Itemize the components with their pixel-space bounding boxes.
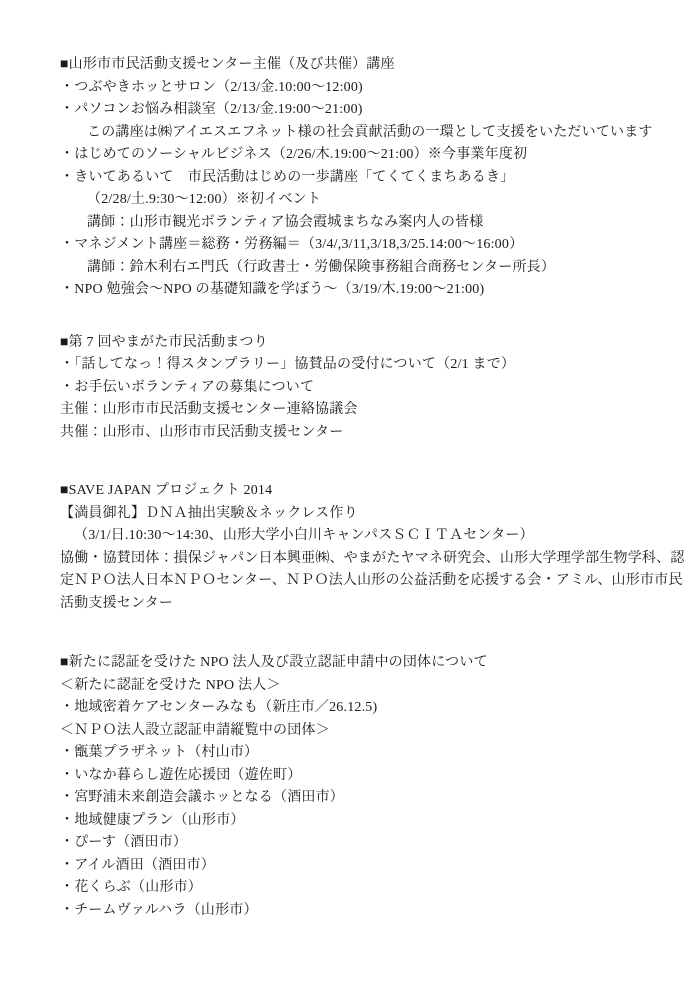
- doc-line: ・宮野浦未来創造会議ホッとなる（酒田市）: [60, 787, 650, 810]
- doc-line: 定ＮＰＯ法人日本ＮＰＯセンター、ＮＰＯ法人山形の公益活動を応援する会・アミル、山…: [60, 570, 650, 593]
- doc-line: 共催：山形市、山形市市民活動支援センター: [60, 422, 650, 445]
- doc-line: 主催：山形市市民活動支援センター連絡協議会: [60, 399, 650, 422]
- doc-line: ・マネジメント講座＝総務・労務編＝（3/4/,3/11,3/18,3/25.14…: [60, 234, 650, 257]
- doc-line: 講師：鈴木利右エ門氏（行政書士・労働保険事務組合商務センター所長）: [87, 257, 650, 280]
- section-heading: ■SAVE JAPAN プロジェクト 2014: [60, 480, 650, 503]
- doc-line: ・「話してなっ！得スタンプラリー」協賛品の受付について（2/1 まで）: [60, 354, 650, 377]
- doc-line: ＜新たに認証を受けた NPO 法人＞: [60, 675, 650, 698]
- doc-line: ・花くらぶ（山形市）: [60, 877, 650, 900]
- doc-line: ＜ＮＰＯ法人設立認証申請縦覧中の団体＞: [60, 720, 650, 743]
- section-save-japan-project: ■SAVE JAPAN プロジェクト 2014 【満員御礼】ＤＮＡ抽出実験＆ネッ…: [60, 480, 650, 615]
- section-heading: ■山形市市民活動支援センター主催（及び共催）講座: [60, 54, 650, 77]
- doc-line: ・チームヴァルハラ（山形市）: [60, 900, 650, 923]
- doc-line: ・はじめてのソーシャルビジネス（2/26/木.19:00～21:00）※今事業年…: [60, 144, 650, 167]
- doc-line: ・NPO 勉強会～NPO の基礎知識を学ぼう～（3/19/木.19:00～21:…: [60, 279, 650, 302]
- doc-line: ・いなか暮らし遊佐応援団（遊佐町）: [60, 765, 650, 788]
- doc-line: 講師：山形市観光ボランティア協会霞城まちなみ案内人の皆様: [87, 212, 650, 235]
- doc-line: この講座は㈱アイエスエフネット様の社会貢献活動の一環として支援をいただいています: [87, 122, 650, 145]
- section-new-npo-corporations: ■新たに認証を受けた NPO 法人及び設立認証申請中の団体について ＜新たに認証…: [60, 652, 650, 922]
- doc-line: ・ぴーす（酒田市）: [60, 832, 650, 855]
- doc-line: ・地域密着ケアセンターみなも（新庄市／26.12.5): [60, 697, 650, 720]
- section-citizen-activity-festival: ■第 7 回やまがた市民活動まつり ・「話してなっ！得スタンプラリー」協賛品の受…: [60, 332, 650, 445]
- doc-line: ・地域健康プラン（山形市）: [60, 810, 650, 833]
- section-center-lectures: ■山形市市民活動支援センター主催（及び共催）講座 ・つぶやきホッとサロン（2/1…: [60, 54, 650, 302]
- doc-line: ・甑葉プラザネット（村山市）: [60, 742, 650, 765]
- doc-line: ・お手伝いボランティアの募集について: [60, 377, 650, 400]
- doc-line: （2/28/土.9:30～12:00）※初イベント: [87, 189, 650, 212]
- doc-line: ・きいてあるいて 市民活動はじめの一歩講座「てくてくまちあるき」: [60, 167, 650, 190]
- doc-line: ・アイル酒田（酒田市）: [60, 855, 650, 878]
- section-heading: ■新たに認証を受けた NPO 法人及び設立認証申請中の団体について: [60, 652, 650, 675]
- doc-line: 協働・協賛団体：損保ジャパン日本興亜㈱、やまがたヤマネ研究会、山形大学理学部生物…: [60, 548, 650, 571]
- section-heading: ■第 7 回やまがた市民活動まつり: [60, 332, 650, 355]
- document-page: ■山形市市民活動支援センター主催（及び共催）講座 ・つぶやきホッとサロン（2/1…: [0, 0, 700, 989]
- doc-line: 【満員御礼】ＤＮＡ抽出実験＆ネックレス作り: [60, 503, 650, 526]
- doc-line: （3/1/日.10:30～14:30、山形大学小白川キャンパスＳＣＩＴＡセンター…: [74, 525, 650, 548]
- doc-line: ・つぶやきホッとサロン（2/13/金.10:00～12:00): [60, 77, 650, 100]
- doc-line: 活動支援センター: [60, 593, 650, 616]
- doc-line: ・パソコンお悩み相談室（2/13/金.19:00～21:00): [60, 99, 650, 122]
